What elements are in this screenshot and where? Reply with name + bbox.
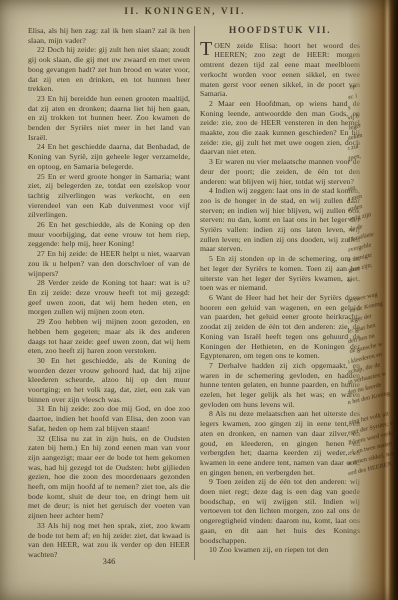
- verse-paragraph: 26 En het geschiedde, als de Koning op d…: [28, 220, 190, 249]
- book-page: II. KONINGEN, VII. Elisa, als hij hen za…: [0, 0, 398, 600]
- verse-paragraph: 32 (Elisa nu zat in zijn huis, en de Oud…: [28, 434, 190, 521]
- verse-paragraph: 9 Toen zeiden zij de één tot den anderen…: [200, 477, 360, 545]
- drop-cap: T: [200, 41, 214, 58]
- running-head: II. KONINGEN, VII.: [20, 6, 350, 16]
- verse-paragraph: 5 En zij stonden op in de schemering, om…: [200, 254, 360, 293]
- book-gutter: zal, en boodsc wij zijn gekomen en ziet,…: [348, 0, 398, 600]
- verse-paragraph: 23 En hij bereidde hun eenen grooten maa…: [28, 94, 190, 143]
- verse-paragraph: 30 En het geschiedde, als de Koning de w…: [28, 356, 190, 405]
- column-divider: [194, 26, 195, 560]
- verse-paragraph: 6 Want de Heer had het heir der Syriërs …: [200, 293, 360, 361]
- verse-paragraph: 33 Als hij nog met hen sprak, ziet, zoo …: [28, 521, 190, 560]
- verse-paragraph: 2 Maar een Hoofdman, op wiens hand de Ko…: [200, 99, 360, 157]
- verse-paragraph: 10 Zoo kwamen zij, en riepen tot den: [200, 545, 360, 555]
- verse-paragraph: 22 Doch hij zeide: gij zult hen niet sla…: [28, 45, 190, 94]
- verse-paragraph: 24 En het geschiedde daarna, dat Benhada…: [28, 142, 190, 171]
- right-column: HOOFDSTUK VII. TOEN zeide Elisa: hoort h…: [195, 26, 360, 555]
- page-number: 346: [28, 556, 190, 566]
- left-column: Elisa, als hij hen zag: zal ik hen slaan…: [28, 26, 194, 560]
- verse-paragraph: 31 En hij zeide: zoo doe mij God, en doe…: [28, 404, 190, 433]
- verse-paragraph: TOEN zeide Elisa: hoort het woord des HE…: [200, 41, 360, 99]
- verse-paragraph: 29 Zoo hebben wij mijnen zoon gezoden, e…: [28, 317, 190, 356]
- verse-paragraph: 27 En hij zeide: de HEER helpt u niet, w…: [28, 249, 190, 278]
- verse-paragraph: 28 Verder zeide de Koning tot haar: wat …: [28, 278, 190, 317]
- verse-paragraph: 8 Als nu deze melaatschen aan het uiters…: [200, 409, 360, 477]
- verse-text: OEN zeide Elisa: hoort het woord des HEE…: [200, 41, 360, 99]
- verse-paragraph: 4 Indien wij zeggen: laat ons in de stad…: [200, 186, 360, 254]
- verse-paragraph: 25 En er werd groote honger in Samaria; …: [28, 172, 190, 221]
- verse-paragraph: 3 Er waren nu vier melaatsche mannen voo…: [200, 157, 360, 186]
- verse-paragraph: Elisa, als hij hen zag: zal ik hen slaan…: [28, 26, 190, 45]
- gutter-page-text: zal, en boodsc wij zijn gekomen en ziet,…: [348, 0, 398, 481]
- chapter-heading: HOOFDSTUK VII.: [200, 27, 360, 37]
- verse-paragraph: 7 Derhalve hadden zij zich opgemaakt, en…: [200, 361, 360, 410]
- text-columns: Elisa, als hij hen zag: zal ik hen slaan…: [28, 26, 360, 560]
